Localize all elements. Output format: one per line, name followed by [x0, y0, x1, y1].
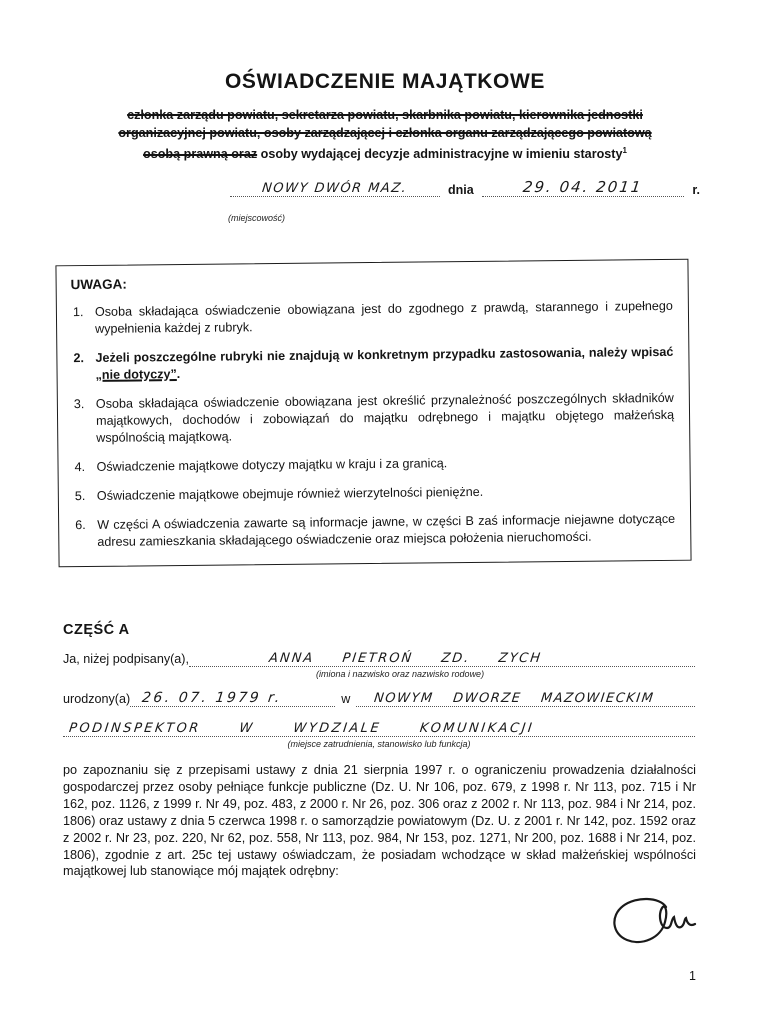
- date-line: NOWY DWÓR MAZ. dnia 29. 04. 2011 r.: [230, 178, 708, 197]
- declarant-caption: (imiona i nazwisko oraz nazwisko rodowe): [316, 669, 695, 679]
- declarant-line: Ja, niżej podpisany(a), ANNA PIETROŃ ZD.…: [63, 651, 695, 667]
- item-text: Osoba składająca oświadczenie obowiązana…: [95, 298, 675, 338]
- legal-paragraph: po zapoznaniu się z przepisami ustawy z …: [63, 762, 696, 880]
- footnote-ref: 1: [623, 146, 627, 155]
- place-field: NOWY DWÓR MAZ.: [230, 181, 440, 197]
- notice-box: UWAGA: 1. Osoba składająca oświadczenie …: [55, 259, 691, 568]
- place-handwriting: NOWY DWÓR MAZ.: [261, 181, 408, 196]
- form-title: OŚWIADCZENIE MAJĄTKOWE: [0, 70, 770, 94]
- item-text-suffix: .: [177, 367, 181, 381]
- employment-handwriting: PODINSPEKTOR W WYDZIALE KOMUNIKACJI: [62, 721, 535, 736]
- declarant-name-handwriting: ANNA PIETROŃ ZD. ZYCH: [188, 651, 543, 666]
- struck-roles-line-3: osobą prawną oraz: [143, 147, 257, 161]
- declarant-label: Ja, niżej podpisany(a),: [63, 652, 189, 667]
- part-a-heading: CZĘŚĆ A: [63, 622, 695, 638]
- notice-item-3: 3. Osoba składająca oświadczenie obowiąz…: [70, 390, 677, 447]
- birthplace-handwriting: NOWYM DWORZE MAZOWIECKIM: [355, 691, 655, 706]
- notice-item-6: 6. W części A oświadczenia zawarte są in…: [71, 511, 677, 551]
- item-number: 1.: [69, 304, 95, 338]
- item-text: Oświadczenie majątkowe obejmuje również …: [97, 482, 677, 505]
- item-number: 4.: [70, 459, 96, 476]
- notice-item-1: 1. Osoba składająca oświadczenie obowiąz…: [69, 298, 675, 338]
- declarant-name-field: ANNA PIETROŃ ZD. ZYCH: [189, 651, 695, 667]
- employment-line: PODINSPEKTOR W WYDZIALE KOMUNIKACJI: [63, 721, 695, 737]
- employment-field: PODINSPEKTOR W WYDZIALE KOMUNIKACJI: [63, 721, 695, 737]
- item-number: 3.: [70, 396, 97, 447]
- notice-item-4: 4. Oświadczenie majątkowe dotyczy majątk…: [70, 453, 676, 476]
- role-subtitle: członka zarządu powiatu, sekretarza powi…: [60, 107, 710, 164]
- birth-line: urodzony(a) 26. 07. 1979 r. w NOWYM DWOR…: [63, 690, 695, 707]
- notice-item-5: 5. Oświadczenie majątkowe obejmuje równi…: [71, 482, 677, 505]
- birthplace-field: NOWYM DWORZE MAZOWIECKIM: [356, 691, 695, 707]
- struck-roles-line-2: organizacyjnej powiatu, osoby zarządzają…: [118, 126, 651, 140]
- date-field: 29. 04. 2011: [482, 178, 685, 197]
- date-handwriting: 29. 04. 2011: [522, 178, 644, 196]
- place-caption: (miejscowość): [228, 213, 285, 223]
- birthdate-handwriting: 26. 07. 1979 r.: [129, 690, 283, 706]
- birthdate-field: 26. 07. 1979 r.: [130, 690, 335, 707]
- item-text: Jeżeli poszczególne rubryki nie znajdują…: [95, 344, 675, 384]
- item-text-prefix: Jeżeli poszczególne rubryki nie znajdują…: [95, 345, 673, 365]
- dnia-label: dnia: [448, 183, 474, 197]
- notice-heading: UWAGA:: [71, 271, 675, 292]
- item-number: 2.: [69, 350, 95, 384]
- role-plain-text: osoby wydającej decyzje administracyjne …: [261, 147, 623, 161]
- signature-mark-icon: [606, 893, 706, 953]
- item-text: W części A oświadczenia zawarte są infor…: [97, 511, 677, 551]
- item-text: Oświadczenie majątkowe dotyczy majątku w…: [96, 453, 676, 476]
- struck-roles-line-1: członka zarządu powiatu, sekretarza powi…: [127, 108, 643, 122]
- item-number: 6.: [71, 517, 97, 551]
- part-a-section: CZĘŚĆ A Ja, niżej podpisany(a), ANNA PIE…: [63, 622, 695, 749]
- employment-caption: (miejsce zatrudnienia, stanowisko lub fu…: [63, 739, 695, 749]
- document-page: OŚWIADCZENIE MAJĄTKOWE członka zarządu p…: [0, 0, 770, 1024]
- notice-item-2: 2. Jeżeli poszczególne rubryki nie znajd…: [69, 344, 675, 384]
- year-suffix: r.: [692, 183, 700, 197]
- born-label: urodzony(a): [63, 692, 130, 707]
- page-number: 1: [689, 969, 696, 983]
- born-in-label: w: [341, 692, 350, 707]
- item-text-underlined: „nie dotyczy”: [96, 367, 177, 382]
- item-number: 5.: [71, 488, 97, 505]
- item-text: Osoba składająca oświadczenie obowiązana…: [96, 390, 677, 447]
- signature: [606, 893, 706, 958]
